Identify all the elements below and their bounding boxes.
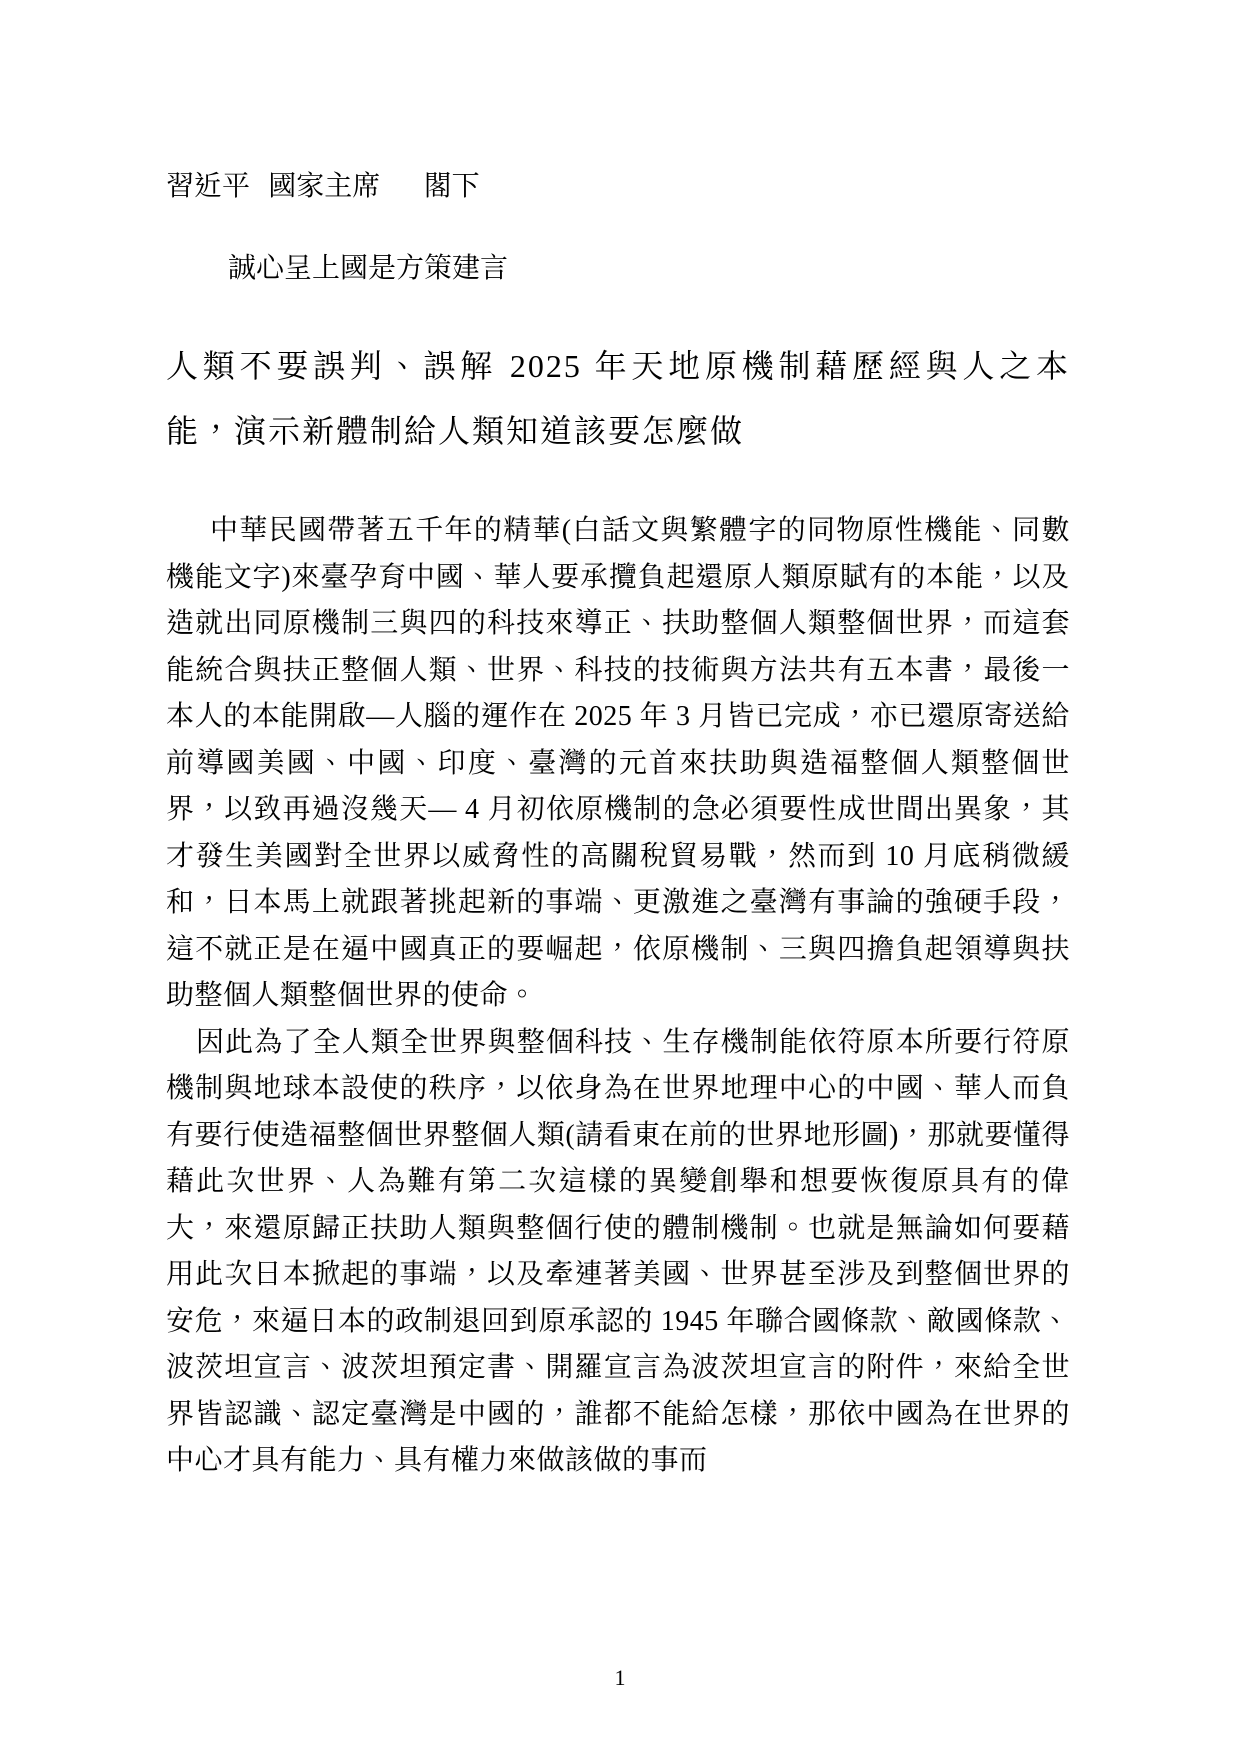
page-number: 1: [0, 1664, 1240, 1692]
paragraph-1: 中華民國帶著五千年的精華(白話文與繁體字的同物原性機能、同數機能文字)來臺孕育中…: [166, 508, 1070, 1020]
recipient-title: 國家主席: [268, 171, 380, 202]
document-heading: 人類不要誤判、誤解 2025 年天地原機制藉歷經與人之本能，演示新體制給人類知道…: [166, 334, 1070, 464]
recipient-honorific: 閣下: [424, 171, 480, 202]
document-page: 習近平 國家主席 閣下 誠心呈上國是方策建言 人類不要誤判、誤解 2025 年天…: [0, 0, 1240, 1754]
subject-line: 誠心呈上國是方策建言: [166, 250, 1070, 288]
recipient-name: 習近平: [166, 171, 250, 202]
document-content: 習近平 國家主席 閣下 誠心呈上國是方策建言 人類不要誤判、誤解 2025 年天…: [166, 0, 1070, 1485]
paragraph-2: 因此為了全人類全世界與整個科技、生存機制能依符原本所要行符原機制與地球本設使的秩…: [166, 1020, 1070, 1485]
salutation: 習近平 國家主席 閣下: [166, 168, 1070, 206]
